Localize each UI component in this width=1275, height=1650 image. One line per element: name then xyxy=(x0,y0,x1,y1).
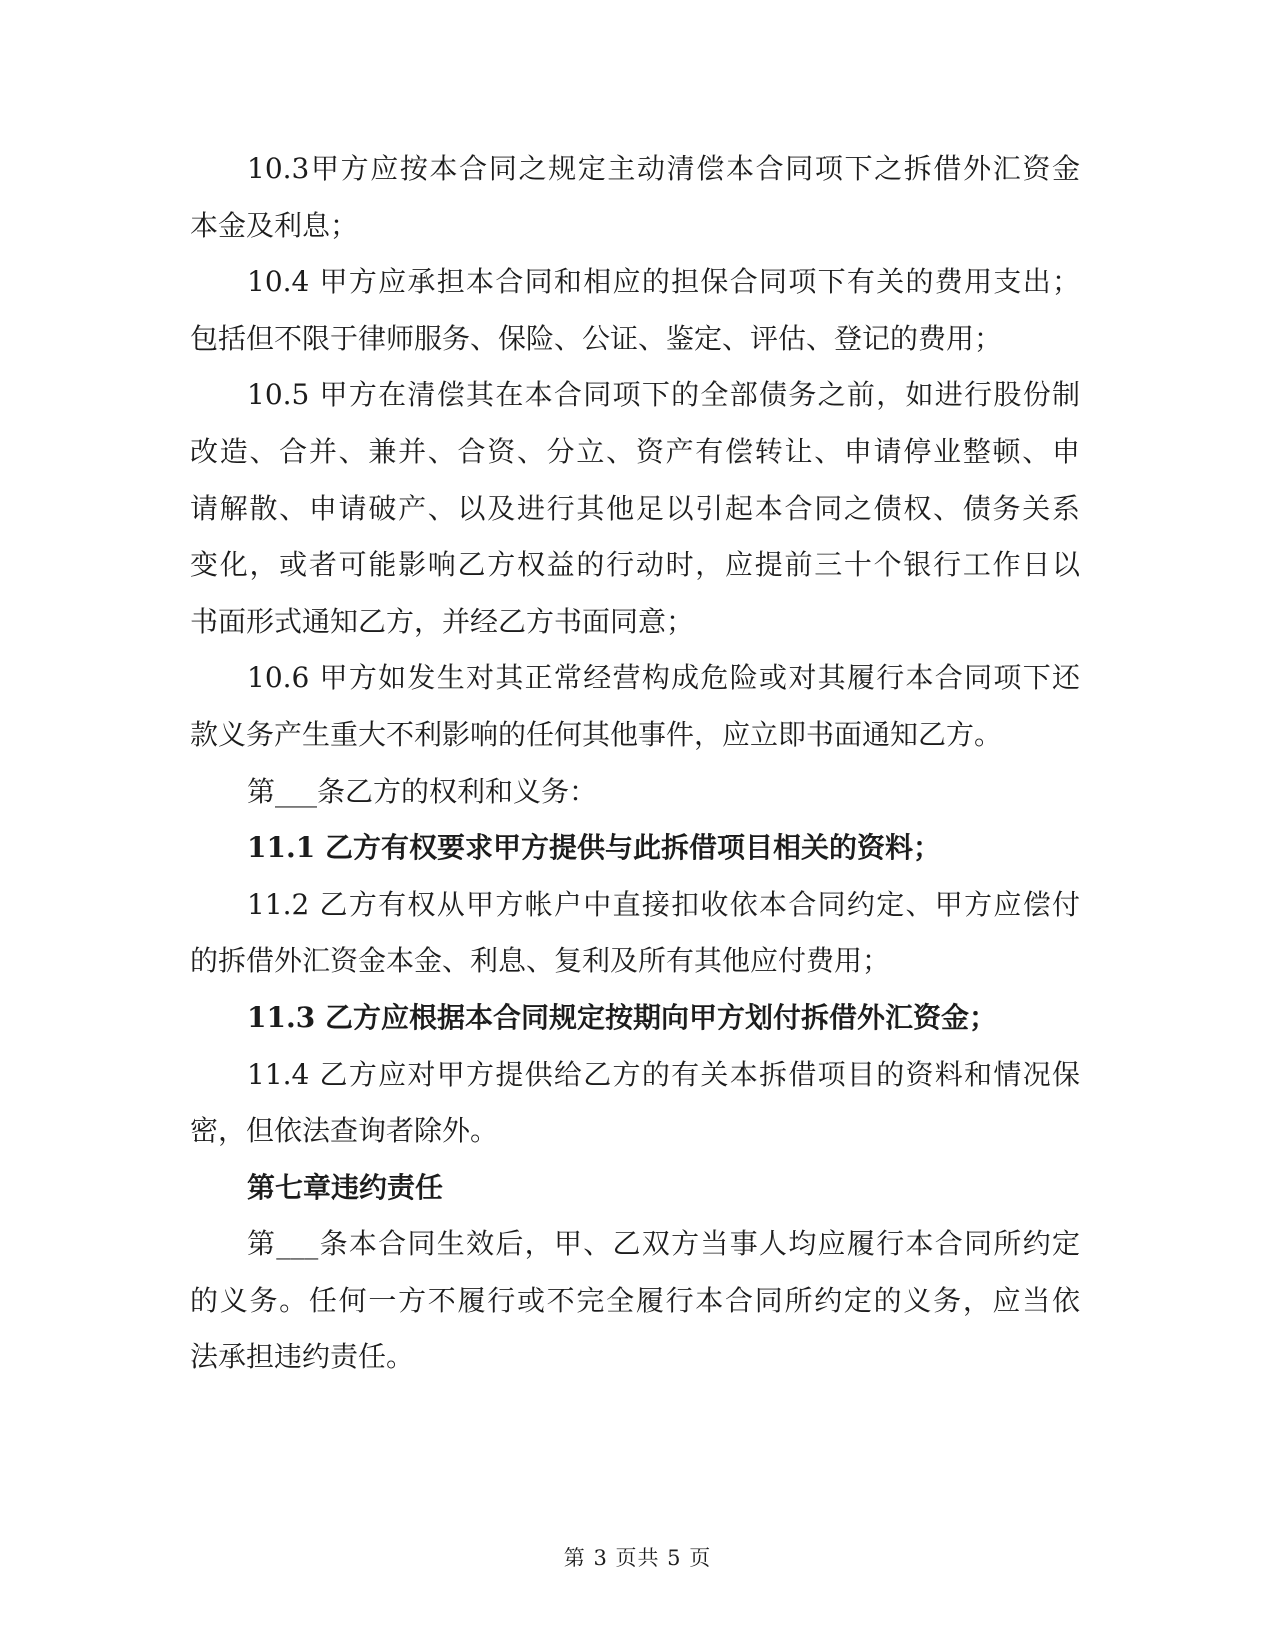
text-line: 第七章违约责任 xyxy=(190,1160,1080,1217)
document-page: 10.3甲方应按本合同之规定主动清偿本合同项下之拆借外汇资金本金及利息；10.4… xyxy=(0,0,1275,1650)
text-line: 包括但不限于律师服务、保险、公证、鉴定、评估、登记的费用； xyxy=(190,311,1080,368)
text-line: 10.5 甲方在清偿其在本合同项下的全部债务之前，如进行股份制 xyxy=(190,367,1080,424)
text-line: 法承担违约责任。 xyxy=(190,1329,1080,1386)
text-line: 第___条本合同生效后，甲、乙双方当事人均应履行本合同所约定 xyxy=(190,1216,1080,1273)
text-line: 款义务产生重大不利影响的任何其他事件，应立即书面通知乙方。 xyxy=(190,707,1080,764)
text-line: 变化，或者可能影响乙方权益的行动时，应提前三十个银行工作日以 xyxy=(190,537,1080,594)
text-line: 的拆借外汇资金本金、利息、复利及所有其他应付费用； xyxy=(190,933,1080,990)
text-line: 书面形式通知乙方，并经乙方书面同意； xyxy=(190,594,1080,651)
text-line: 第___条乙方的权利和义务： xyxy=(190,764,1080,821)
text-line: 10.6 甲方如发生对其正常经营构成危险或对其履行本合同项下还 xyxy=(190,650,1080,707)
text-line: 请解散、申请破产、以及进行其他足以引起本合同之债权、债务关系 xyxy=(190,481,1080,538)
text-line: 11.1 乙方有权要求甲方提供与此拆借项目相关的资料； xyxy=(190,820,1080,877)
text-line: 10.4 甲方应承担本合同和相应的担保合同项下有关的费用支出； xyxy=(190,254,1080,311)
text-line: 密，但依法查询者除外。 xyxy=(190,1103,1080,1160)
text-line: 改造、合并、兼并、合资、分立、资产有偿转让、申请停业整顿、申 xyxy=(190,424,1080,481)
text-line: 本金及利息； xyxy=(190,198,1080,255)
text-line: 11.2 乙方有权从甲方帐户中直接扣收依本合同约定、甲方应偿付 xyxy=(190,877,1080,934)
page-number-footer: 第 3 页共 5 页 xyxy=(0,1543,1275,1573)
text-line: 11.4 乙方应对甲方提供给乙方的有关本拆借项目的资料和情况保 xyxy=(190,1047,1080,1104)
document-body: 10.3甲方应按本合同之规定主动清偿本合同项下之拆借外汇资金本金及利息；10.4… xyxy=(190,141,1080,1386)
text-line: 10.3甲方应按本合同之规定主动清偿本合同项下之拆借外汇资金 xyxy=(190,141,1080,198)
text-line: 的义务。任何一方不履行或不完全履行本合同所约定的义务，应当依 xyxy=(190,1273,1080,1330)
text-line: 11.3 乙方应根据本合同规定按期向甲方划付拆借外汇资金； xyxy=(190,990,1080,1047)
